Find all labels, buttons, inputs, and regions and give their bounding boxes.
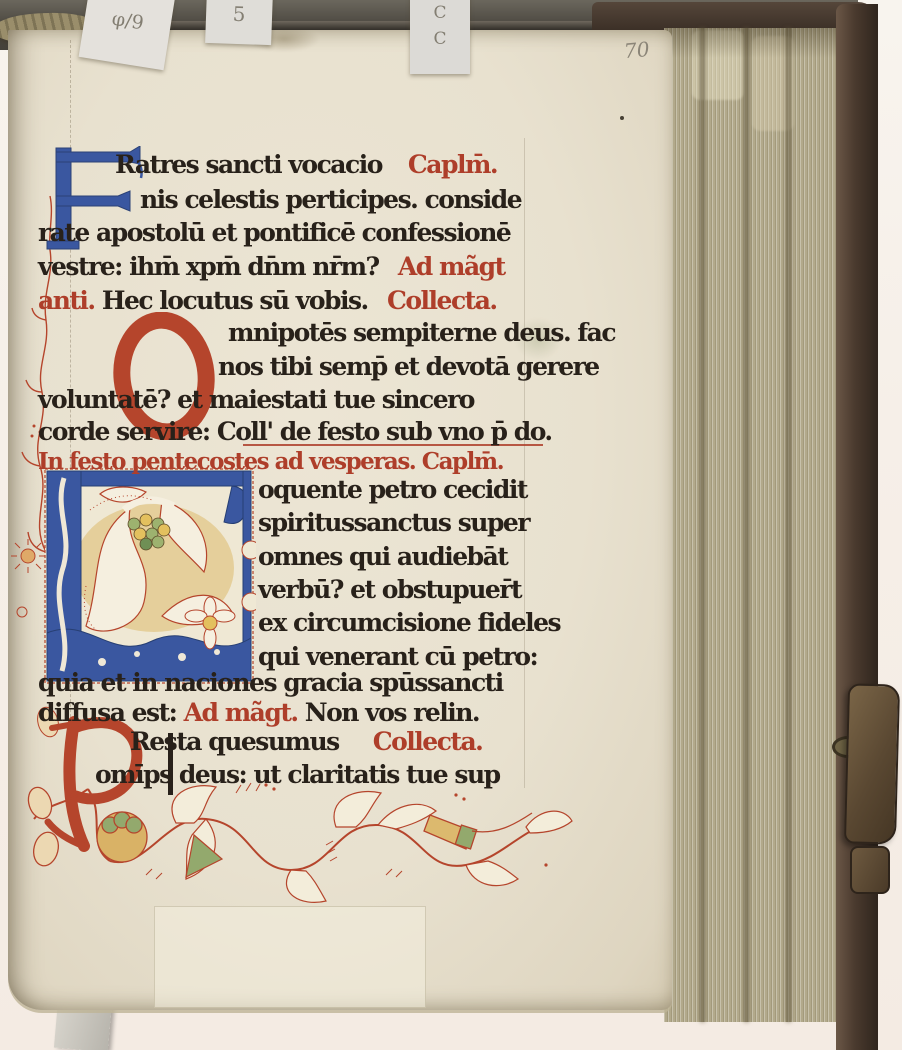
tab-mark: C C [433, 3, 446, 49]
line-text: quia et in naciones gracia spūssancti [38, 668, 503, 697]
quire-seam [700, 28, 705, 1022]
line-text: voluntatē? et maiestati tue sincero [38, 385, 474, 414]
line-text: diffusa est: [38, 698, 184, 727]
line-text: corde servire: [38, 417, 217, 446]
rubric-text: Ad mãgt [398, 252, 505, 281]
line-text: rate apostolū et pontificē confessionē [38, 218, 510, 247]
text-line: Resta quesumusCollecta. [130, 729, 482, 754]
quire-seam [744, 28, 749, 1022]
text-line: nis celestis perticipes. conside [140, 187, 521, 212]
quire-seam [786, 28, 791, 1022]
text-line: ex circumcisione fideles [258, 610, 560, 635]
initial-L-art [42, 466, 256, 686]
rubric-text: In festo pentecostes ad vesperas. Caplm̄… [38, 448, 503, 475]
text-line: qui venerant cū petro: [258, 644, 537, 669]
text-line: anti. Hec locutus sū vobis. Collecta. [38, 288, 497, 313]
line-text: ex circumcisione fideles [258, 608, 560, 637]
text-line: voluntatē? et maiestati tue sincero [38, 387, 474, 412]
text-line: omīps deus: ut claritatis tue sup [95, 762, 500, 787]
fore-edge [664, 28, 842, 1022]
tab-mark: φ/9 [110, 8, 145, 35]
line-text: nos tibi semp̄ et devotā gerere [218, 352, 599, 381]
fore-edge-texture [664, 28, 842, 1022]
text-line: corde servire: Coll' de festo sub vno p̄… [38, 419, 552, 444]
rubric-text: Collecta. [373, 727, 483, 756]
folio-number: 70 [623, 37, 650, 63]
manuscript-page: 70 F [8, 30, 672, 1010]
text-line: Ratres sancti vocacioCaplm̄. [115, 152, 497, 177]
line-text: Coll' de festo sub vno p̄ do. [217, 417, 552, 446]
line-text: Non vos relin. [305, 698, 479, 727]
line-text: verbū? et obstupuer̄t [258, 575, 521, 604]
floral-border [26, 775, 574, 913]
text-line: quia et in naciones gracia spūssancti [38, 670, 503, 695]
text-line: vestre: ihm̄ xpm̄ dn̄m nr̄m? Ad mãgt [38, 254, 505, 279]
text-line: rate apostolū et pontificē confessionē [38, 220, 510, 245]
rubric-text: Collecta. [387, 286, 497, 315]
erased-patch [154, 906, 426, 1008]
ruling-line-right [524, 138, 525, 788]
line-text: nis celestis perticipes. conside [140, 185, 521, 214]
line-text: Ratres sancti vocacio [115, 150, 382, 179]
rubric-text: Ad mãgt. [184, 698, 305, 727]
rubric-text: Caplm̄. [408, 150, 497, 179]
line-text: qui venerant cū petro: [258, 642, 537, 671]
clasp [844, 683, 900, 844]
line-text: Resta quesumus [130, 727, 339, 756]
line-text: vestre: ihm̄ xpm̄ dn̄m nr̄m? [38, 252, 386, 281]
text-line: verbū? et obstupuer̄t [258, 577, 521, 602]
rubric-heading: In festo pentecostes ad vesperas. Caplm̄… [38, 450, 503, 473]
manuscript-photo: 70 F [0, 0, 902, 1050]
line-text: oquente petro cecidit [258, 475, 527, 504]
tab-mark: 5 [232, 2, 246, 26]
bookmark-tab: 5 [205, 0, 273, 45]
ink-speck [620, 116, 624, 120]
line-text: Hec locutus sū vobis. [102, 286, 375, 315]
line-text: mnipotēs sempiterne deus. fac [228, 318, 615, 347]
rubric-text: anti. [38, 286, 102, 315]
fore-edge-shadow [664, 28, 842, 58]
text-line: omnes qui audiebāt [258, 544, 507, 569]
line-text: omīps deus: ut claritatis tue sup [95, 760, 500, 789]
clasp-knob [850, 846, 890, 894]
initial-L-illuminated: L [42, 466, 256, 690]
line-text: omnes qui audiebāt [258, 542, 507, 571]
text-line: mnipotēs sempiterne deus. fac [228, 320, 615, 345]
line-text: spiritussanctus super [258, 508, 529, 537]
text-line: diffusa est: Ad mãgt. Non vos relin. [38, 700, 479, 725]
text-line: oquente petro cecidit [258, 477, 527, 502]
bookmark-tab: C C [410, 0, 470, 74]
text-line: spiritussanctus super [258, 510, 529, 535]
text-line: nos tibi semp̄ et devotā gerere [218, 354, 599, 379]
